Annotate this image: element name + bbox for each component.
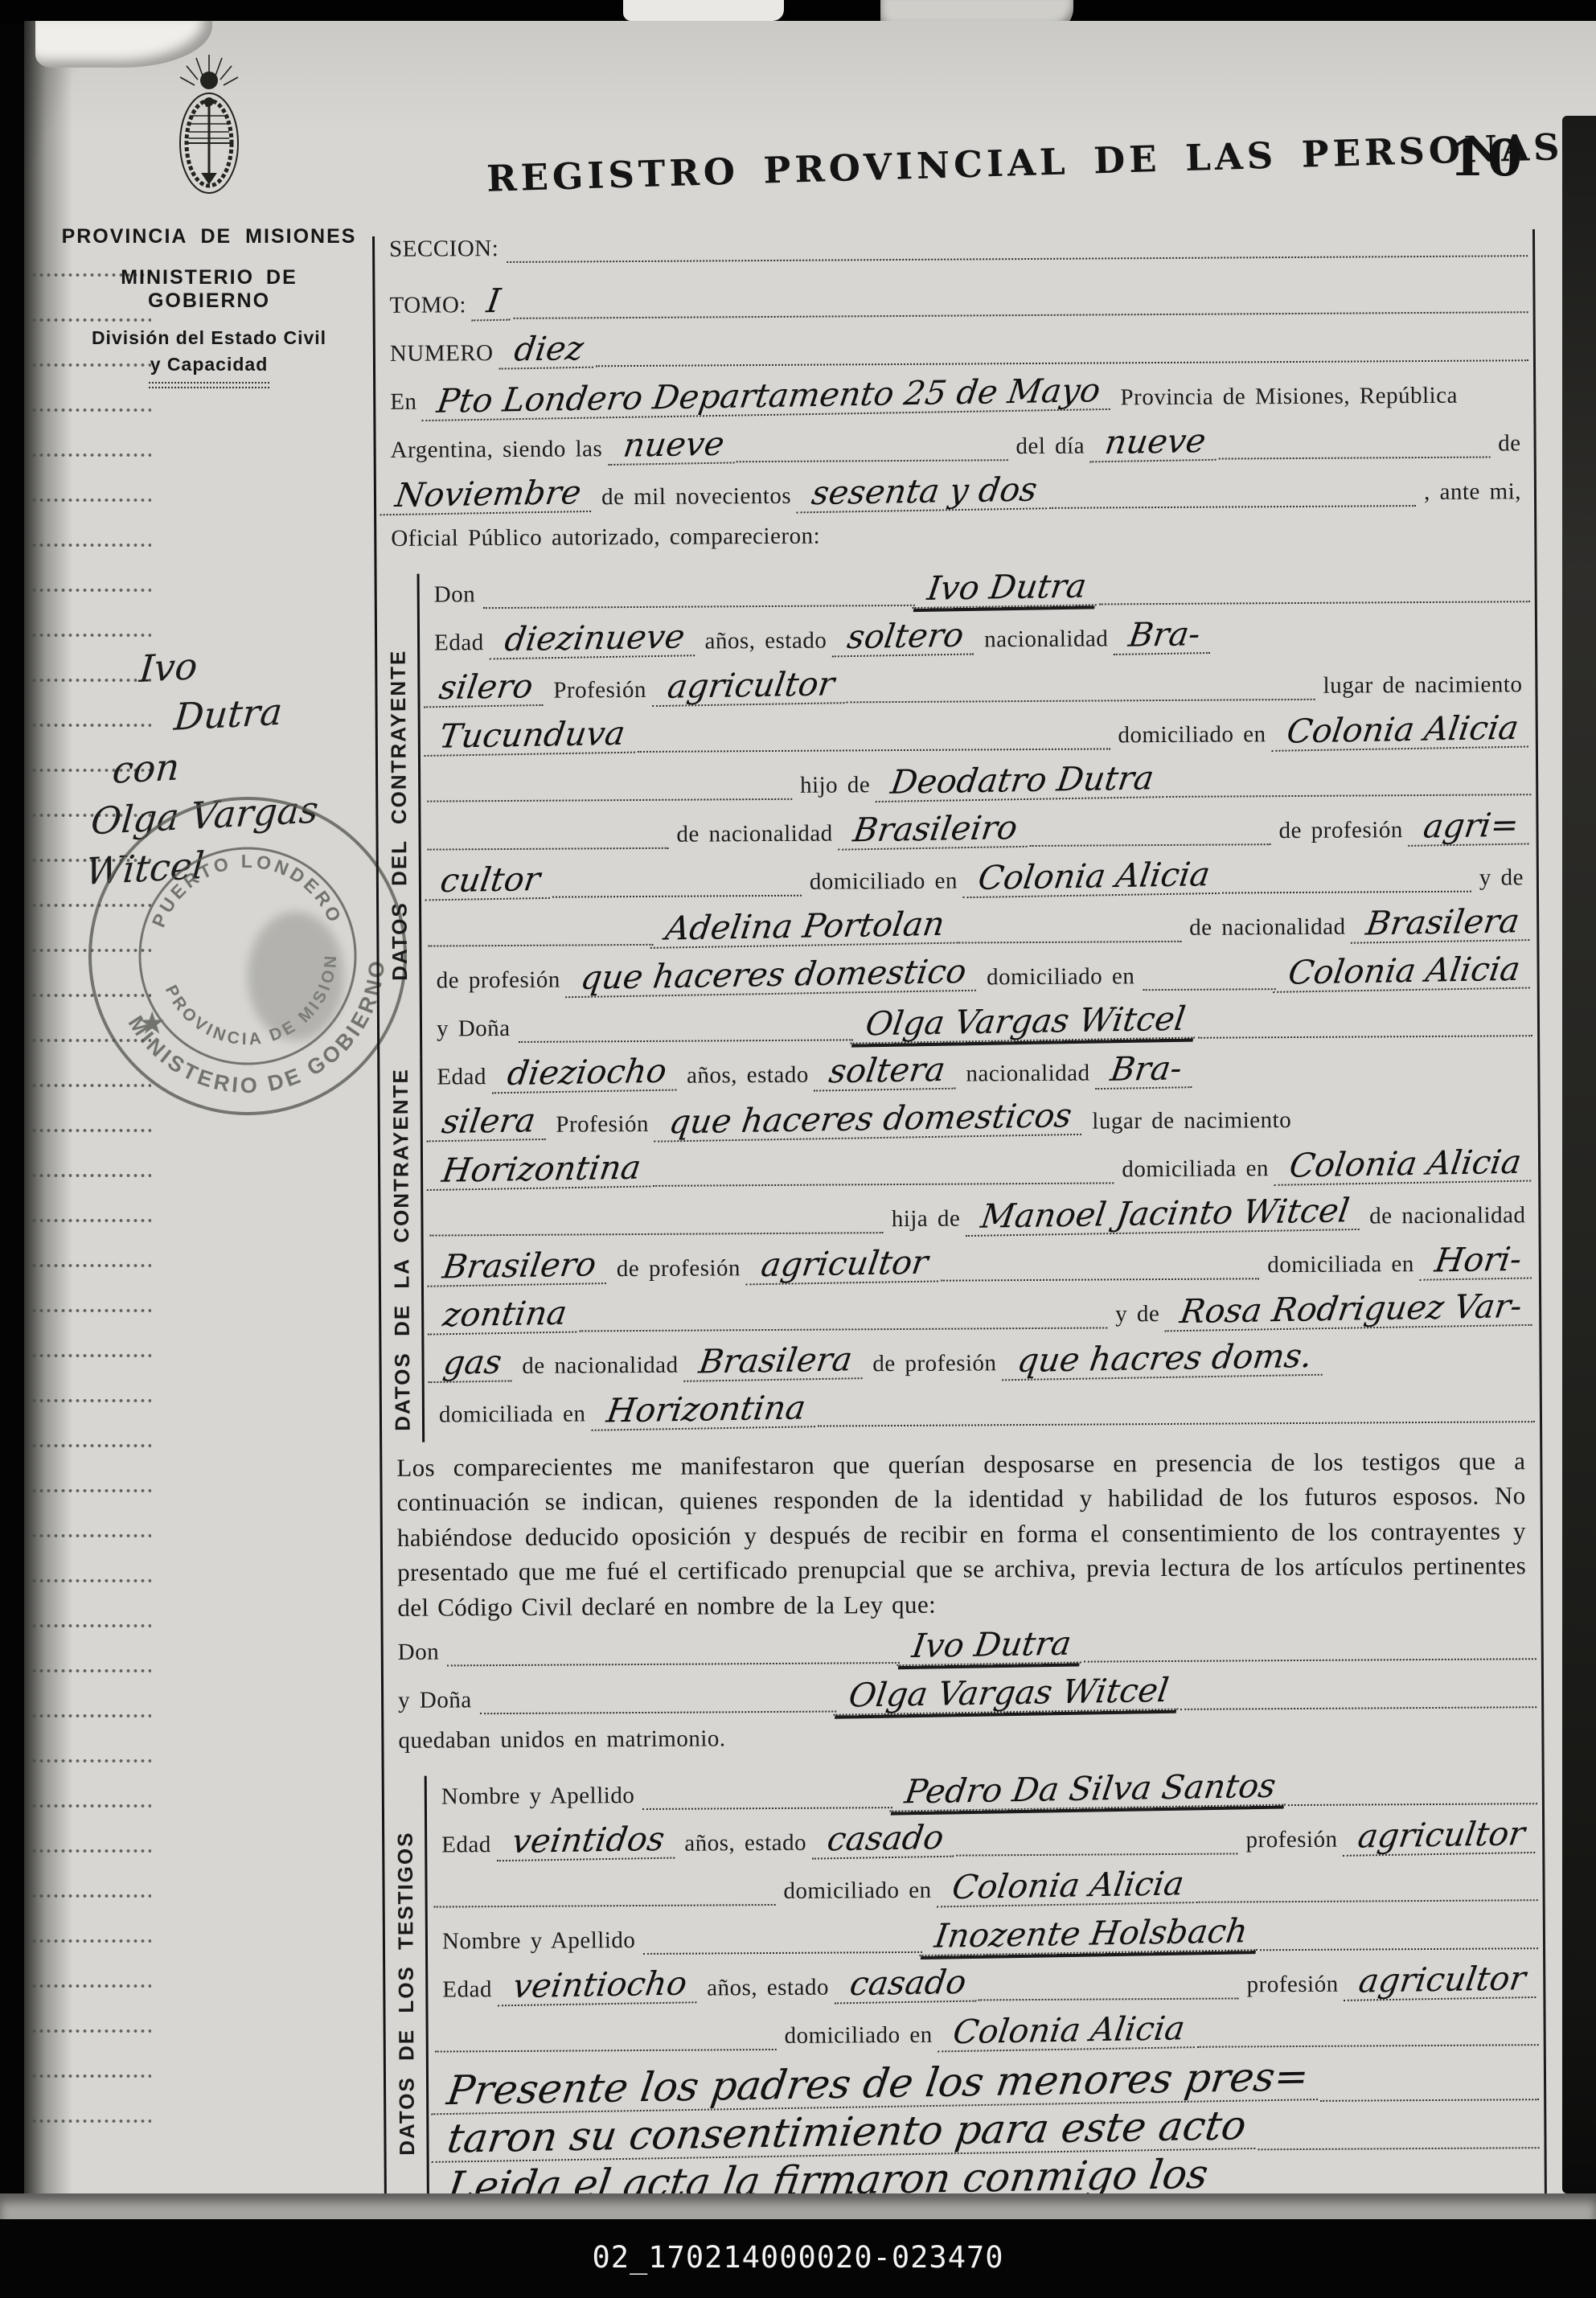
- printed-label: Provincia de Misiones, República: [1112, 383, 1466, 412]
- dotted-rule: [513, 310, 1528, 319]
- printed-label: , ante mi,: [1416, 478, 1529, 506]
- scanned-registry-page: PROVINCIA DE MISIONES MINISTERIO DE GOBI…: [0, 0, 1596, 2298]
- handwritten-entry: casado: [835, 1964, 982, 2004]
- handwritten-entry: que haceres domesticos: [654, 1098, 1087, 1143]
- handwritten-entry: agricultor: [1344, 1961, 1541, 2001]
- stamp-ink-smudge: [248, 912, 344, 1040]
- handwritten-entry: nueve: [608, 426, 739, 466]
- handwritten-entry: casado: [812, 1820, 959, 1860]
- dotted-rule: [579, 1325, 1107, 1332]
- form-row: domiciliado enColonia Alicia: [435, 2010, 1539, 2065]
- printed-label: de profesión: [429, 967, 568, 995]
- form-row: Tucunduvadomiciliado enColonia Alicia: [427, 712, 1531, 766]
- printed-label: de nacionalidad: [1181, 914, 1353, 942]
- form-row: Nombre y ApellidoPedro Da Silva Santos: [433, 1769, 1537, 1824]
- printed-label: En: [382, 389, 425, 416]
- form-row: Horizontinadomiciliada enColonia Alicia: [429, 1146, 1533, 1200]
- form-row: Nombre y ApellidoInozente Holsbach: [434, 1914, 1538, 1968]
- printed-label: hija de: [884, 1205, 969, 1233]
- dotted-rule: [519, 1037, 854, 1043]
- handwritten-entry: Colonia Alicia: [937, 1866, 1199, 1907]
- form-row: EnPto Londero Departamento 25 de MayoPro…: [382, 374, 1528, 429]
- page-title: REGISTRO PROVINCIAL DE LAS PERSONAS: [486, 125, 1565, 200]
- letterhead-ministry: MINISTERIO DE GOBIERNO: [56, 266, 362, 313]
- dotted-rule: [435, 2047, 777, 2053]
- handwritten-entry: Brasilera: [683, 1342, 868, 1382]
- form-row: quedaban unidos en matrimonio.: [390, 1721, 1537, 1776]
- handwritten-entry: Deodatro Dutra: [876, 761, 1169, 802]
- printed-label: TOMO:: [381, 292, 474, 319]
- dotted-rule: [1143, 987, 1275, 991]
- dotted-rule: [1196, 1898, 1538, 1903]
- dotted-rule: [957, 939, 1182, 944]
- section-label-column: DATOS DEL CONTRAYENTE: [377, 574, 423, 1057]
- printed-label: NUMERO: [382, 340, 502, 367]
- printed-label: profesión: [1239, 1972, 1347, 1999]
- handwritten-entry: Horizontina: [591, 1390, 820, 1431]
- printed-label: profesión: [1237, 1827, 1345, 1854]
- handwritten-entry: agricultor: [746, 1245, 944, 1285]
- printed-label: Edad: [429, 1064, 494, 1090]
- form-section: Los comparecientes me manifestaron que q…: [382, 1435, 1542, 1776]
- section-label: DATOS DEL CONTRAYENTE: [382, 574, 417, 1057]
- handwritten-entry: agri=: [1408, 807, 1534, 847]
- dotted-rule: [956, 1851, 1238, 1856]
- handwritten-entry: agricultor: [651, 667, 849, 707]
- handwritten-entry: Rosa Rodriguez Var-: [1165, 1289, 1537, 1332]
- letterhead-division-line2: y Capacidad: [56, 354, 362, 375]
- form-section: DATOS DE LOS TESTIGOSNombre y ApellidoPe…: [384, 1769, 1545, 2210]
- handwritten-name: Olga Vargas Witcel: [833, 1673, 1184, 1716]
- printed-label: y Doña: [429, 1016, 519, 1043]
- handwritten-entry: Tucunduva: [424, 716, 640, 757]
- handwritten-entry: veintidos: [496, 1822, 679, 1862]
- dotted-rule: [1222, 889, 1471, 894]
- printed-label: Nombre y Apellido: [433, 1783, 643, 1811]
- printed-label: y de: [1107, 1301, 1167, 1328]
- handwritten-entry: nueve: [1090, 424, 1221, 463]
- printed-label: domiciliada en: [1259, 1251, 1422, 1278]
- handwritten-entry: Colonia Alicia: [1271, 711, 1533, 752]
- form-row: y DoñaOlga Vargas Witcel: [390, 1672, 1537, 1728]
- letterhead-division-line1: División del Estado Civil: [56, 327, 362, 349]
- registry-form: SECCION:TOMO:INUMEROdiezEnPto Londero De…: [372, 236, 1596, 2210]
- section-label: DATOS DE LOS TESTIGOS: [389, 1776, 424, 2210]
- handwritten-entry: que haceres domestico: [565, 954, 982, 999]
- handwritten-entry: soltera: [814, 1053, 960, 1092]
- handwritten-entry: Hori-: [1419, 1241, 1537, 1280]
- form-row: cultordomiciliado enColonia Aliciay de: [428, 856, 1532, 911]
- handwritten-entry: Adelina Portolan: [650, 907, 959, 949]
- handwritten-entry: Brasileiro: [838, 810, 1032, 851]
- printed-label: Oficial Público autorizado, compareciero…: [383, 523, 828, 552]
- printed-label: quedaban unidos en matrimonio.: [390, 1726, 733, 1754]
- scanner-background-strip: [0, 2193, 1596, 2221]
- printed-label: años, estado: [696, 627, 835, 655]
- printed-label: nacionalidad: [976, 626, 1116, 653]
- form-row: zontinay deRosa Rodriguez Var-: [430, 1291, 1534, 1345]
- dotted-rule: [447, 1660, 900, 1666]
- dotted-rule: [638, 746, 1110, 753]
- form-row: TOMO:I: [381, 277, 1528, 333]
- printed-label: de mil novecientos: [593, 483, 799, 511]
- dotted-rule: [1180, 1705, 1537, 1710]
- printed-label: nacionalidad: [958, 1061, 1098, 1088]
- dotted-rule: [430, 1230, 884, 1236]
- handwritten-name: Pedro Da Silva Santos: [889, 1768, 1290, 1812]
- dotted-rule: [653, 1180, 1114, 1187]
- form-row: Edadveintidosaños, estadocasadoprofesión…: [433, 1817, 1537, 1872]
- section-label-column: DATOS DE LA CONTRAYENTE: [380, 1057, 425, 1442]
- handwritten-entry: cultor: [425, 862, 556, 901]
- torn-paper-fragment: [623, 0, 784, 21]
- form-row: gasde nacionalidadBrasilerade profesiónq…: [430, 1339, 1534, 1393]
- printed-label: y Doña: [390, 1687, 480, 1714]
- dotted-rule: [552, 893, 802, 898]
- printed-label: Edad: [426, 630, 492, 656]
- section-rows: Los comparecientes me manifestaron que q…: [382, 1435, 1542, 1776]
- printed-label: domiciliado en: [775, 1877, 939, 1905]
- dotted-rule: [1219, 455, 1491, 460]
- dotted-rule: [818, 1419, 1535, 1426]
- handwritten-name: Inozente Holsbach: [919, 1914, 1262, 1956]
- dotted-rule: [643, 1950, 921, 1955]
- dotted-rule: [979, 1996, 1239, 2000]
- dotted-rule: [1084, 1656, 1537, 1662]
- printed-label: domiciliado en: [802, 868, 966, 896]
- handwritten-entry: veintiocho: [497, 1966, 701, 2006]
- letterhead-province: PROVINCIA DE MISIONES: [56, 225, 362, 248]
- printed-label: años, estado: [676, 1830, 814, 1857]
- dotted-rule: [428, 942, 653, 947]
- handwritten-entry: que hacres doms.: [1002, 1339, 1327, 1381]
- form-section: DATOS DEL CONTRAYENTEDonIvo DutraEdaddie…: [377, 567, 1538, 1057]
- dotted-rule: [428, 846, 669, 851]
- printed-label: Edad: [433, 1832, 499, 1858]
- form-row: hija deManoel Jacinto Witcelde nacionali…: [429, 1194, 1533, 1249]
- handwritten-entry: zontina: [428, 1295, 582, 1335]
- form-section: DATOS DE LA CONTRAYENTEEdaddieziochoaños…: [380, 1049, 1540, 1442]
- handwritten-entry: silera: [426, 1103, 550, 1143]
- page-number: 10: [1450, 129, 1525, 187]
- form-row: domiciliada enHorizontina: [431, 1387, 1535, 1442]
- form-row: DonIvo Dutra: [426, 567, 1530, 622]
- dotted-rule: [427, 797, 792, 802]
- dotted-rule: [507, 253, 1528, 263]
- printed-label: Edad: [434, 1976, 500, 2003]
- printed-label: lugar de nacimiento: [1315, 671, 1531, 700]
- handwritten-entry: silero: [424, 669, 548, 708]
- handwritten-name: Ivo Dutra: [912, 568, 1102, 609]
- dotted-rule: [483, 603, 914, 609]
- form-section: SECCION:TOMO:INUMEROdiezEnPto Londero De…: [375, 229, 1535, 574]
- handwritten-entry: sesenta y dos: [797, 472, 1052, 513]
- dotted-rule: [480, 1709, 836, 1714]
- printed-label: de profesión: [609, 1255, 749, 1282]
- dotted-rule: [1197, 2042, 1539, 2048]
- dotted-rule: [736, 458, 1008, 462]
- handwritten-entry: Colonia Alicia: [937, 2011, 1200, 2052]
- handwritten-entry: Pto Londero Departamento 25 de Mayo: [422, 373, 1116, 421]
- form-row: Oficial Público autorizado, compareciero…: [383, 519, 1529, 574]
- form-row: taron su consentimiento para este acto: [435, 2107, 1539, 2161]
- section-label: DATOS DE LA CONTRAYENTE: [384, 1057, 419, 1442]
- dotted-rule: [1030, 842, 1271, 847]
- printed-label: domiciliada en: [431, 1401, 594, 1428]
- printed-label: años, estado: [699, 1974, 837, 2001]
- legal-paragraph: Los comparecientes me manifestaron que q…: [388, 1435, 1536, 1631]
- dotted-rule: [1198, 1033, 1533, 1039]
- form-row: Argentina, siendo lasnuevedel díanuevede: [382, 422, 1528, 478]
- printed-label: y de: [1471, 864, 1532, 891]
- printed-label: lugar de nacimiento: [1084, 1107, 1299, 1135]
- handwritten-entry: Colonia Alicia: [1274, 1145, 1536, 1186]
- printed-label: Profesión: [545, 677, 654, 704]
- printed-label: domiciliado en: [776, 2022, 940, 2050]
- form-row: DonIvo Dutra: [390, 1624, 1537, 1680]
- printed-label: de nacionalidad: [668, 820, 840, 847]
- dotted-rule: [1049, 503, 1416, 509]
- handwritten-entry: Manoel Jacinto Witcel: [966, 1193, 1364, 1237]
- section-rows: Edaddieziochoaños, estadosolteranacional…: [422, 1049, 1540, 1442]
- section-rows: DonIvo DutraEdaddiezinueveaños, estadoso…: [420, 567, 1538, 1056]
- printed-label: años, estado: [679, 1062, 817, 1089]
- form-row: domiciliado enColonia Alicia: [433, 1865, 1537, 1920]
- dotted-rule: [434, 1902, 776, 1908]
- form-row: Edaddieziochoaños, estadosolteranacional…: [429, 1049, 1532, 1104]
- letterhead: PROVINCIA DE MISIONES MINISTERIO DE GOBI…: [56, 53, 362, 388]
- handwritten-entry: diez: [498, 331, 598, 370]
- printed-label: Don: [390, 1639, 448, 1665]
- printed-label: de: [1490, 430, 1529, 457]
- handwritten-entry: agricultor: [1343, 1816, 1541, 1857]
- dotted-rule: [642, 1805, 892, 1810]
- handwritten-entry: soltero: [832, 618, 979, 657]
- dotted-rule: [1258, 2145, 1540, 2150]
- form-row: Edaddiezinueveaños, estadosolteronaciona…: [426, 615, 1530, 670]
- form-row: hijo deDeodatro Dutra: [427, 760, 1531, 815]
- section-rows: SECCION:TOMO:INUMEROdiezEnPto Londero De…: [375, 229, 1535, 574]
- printed-label: Profesión: [548, 1111, 657, 1139]
- handwritten-entry: I: [472, 284, 516, 322]
- archive-code: 02_170214000020-023470: [592, 2240, 1003, 2275]
- handwritten-name: Ivo Dutra: [897, 1626, 1087, 1666]
- handwritten-entry: Bra-: [1095, 1051, 1197, 1089]
- handwritten-entry: Horizontina: [427, 1150, 656, 1191]
- printed-label: domiciliada en: [1114, 1155, 1277, 1183]
- dotted-rule: [941, 1276, 1260, 1281]
- argentina-coat-of-arms-icon: [169, 53, 249, 214]
- section-rows: Nombre y ApellidoPedro Da Silva SantosEd…: [427, 1769, 1545, 2210]
- document-page: PROVINCIA DE MISIONES MINISTERIO DE GOBI…: [24, 21, 1596, 2193]
- form-row: SECCION:: [381, 229, 1528, 285]
- handwritten-entry: Brasilero: [427, 1247, 611, 1287]
- form-sections: SECCION:TOMO:INUMEROdiezEnPto Londero De…: [372, 229, 1547, 2210]
- form-row: Presente los padres de los menores pres=: [435, 2058, 1539, 2113]
- handwritten-entry: Colonia Alicia: [1273, 952, 1535, 993]
- dotted-rule: [1260, 1946, 1538, 1951]
- printed-label: de nacionalidad: [1361, 1202, 1533, 1229]
- printed-label: Nombre y Apellido: [434, 1927, 644, 1955]
- letterhead-rule: [149, 382, 269, 388]
- footer-bar: 02_170214000020-023470: [0, 2219, 1596, 2298]
- printed-label: Don: [426, 581, 484, 608]
- dotted-rule: [596, 358, 1528, 367]
- dotted-rule: [847, 697, 1315, 704]
- printed-label: de profesión: [864, 1350, 1004, 1377]
- printed-label: domiciliado en: [1110, 721, 1274, 749]
- handwritten-entry: Colonia Alicia: [962, 857, 1225, 898]
- handwritten-name: Olga Vargas Witcel: [850, 1001, 1200, 1044]
- printed-label: hijo de: [792, 772, 878, 799]
- dotted-rule: [1098, 599, 1529, 605]
- handwritten-entry: gas: [428, 1344, 516, 1383]
- printed-label: domiciliado en: [979, 963, 1143, 991]
- margin-ruled-dotted-lines: [31, 256, 151, 2145]
- handwritten-entry: diezinueve: [489, 619, 700, 659]
- printed-label: SECCION:: [381, 236, 507, 263]
- stamp-star: ★: [140, 1008, 167, 1039]
- printed-label: de nacionalidad: [514, 1352, 686, 1380]
- printed-label: Argentina, siendo las: [383, 436, 611, 464]
- handwritten-entry: Brasilera: [1351, 904, 1535, 944]
- form-row: y DoñaOlga Vargas Witcel: [429, 1001, 1532, 1056]
- left-margin-column: PROVINCIA DE MISIONES MINISTERIO DE GOBI…: [24, 21, 372, 2193]
- dotted-rule: [1166, 792, 1531, 798]
- form-row: de profesiónque haceres domesticodomicil…: [428, 953, 1532, 1007]
- form-row: Noviembrede mil novecientossesenta y dos…: [383, 470, 1529, 526]
- handwritten-entry: dieziocho: [492, 1053, 682, 1094]
- printed-label: de profesión: [1271, 817, 1411, 844]
- dotted-rule: [1320, 2097, 1539, 2102]
- section-label-column: DATOS DE LOS TESTIGOS: [384, 1776, 429, 2210]
- form-row: Edadveintiochoaños, estadocasadoprofesió…: [434, 1962, 1538, 2017]
- form-row: de nacionalidadBrasileirode profesiónagr…: [427, 808, 1531, 863]
- handwritten-entry: Bra-: [1114, 617, 1216, 655]
- dotted-rule: [1288, 1801, 1537, 1806]
- handwritten-entry: Noviembre: [380, 475, 597, 515]
- printed-label: del día: [1007, 433, 1093, 461]
